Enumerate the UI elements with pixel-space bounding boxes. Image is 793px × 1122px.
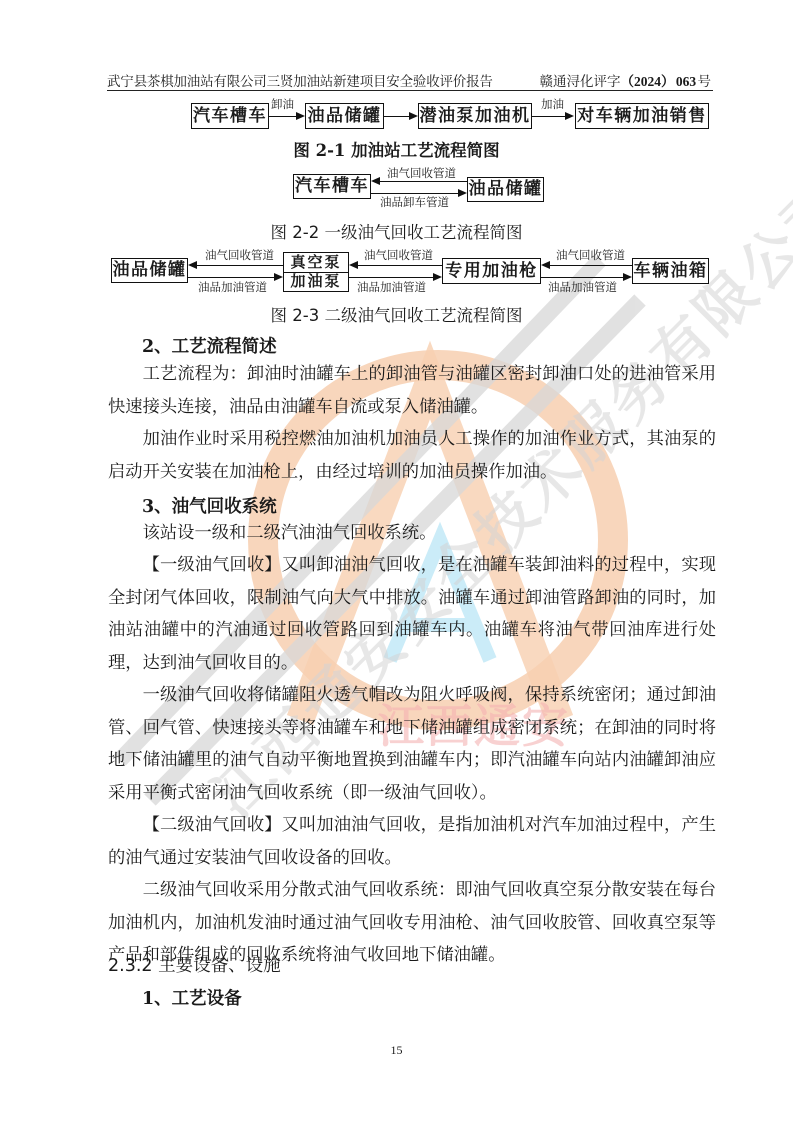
paragraph: 工艺流程为：卸油时油罐车上的卸油管与油罐区密封卸油口处的进油管采用快速接头连接，… bbox=[108, 358, 716, 423]
pipe-label-fuel: 油品加油管道 bbox=[548, 282, 617, 294]
arrow-label-refuel: 加油 bbox=[541, 99, 564, 111]
pipe-label-fuel: 油品加油管道 bbox=[198, 282, 267, 294]
subsection-heading-process-equipment: 1、工艺设备 bbox=[142, 985, 242, 1010]
paragraph: 加油作业时采用税控燃油加油机加油员人工操作的加油作业方式，其油泵的启动开关安装在… bbox=[108, 423, 716, 488]
doc-number-prefix: 赣通浔化评字 bbox=[540, 74, 621, 90]
pipe-label-vapor: 油气回收管道 bbox=[205, 250, 274, 262]
arrow-line bbox=[532, 116, 566, 117]
flow-box-nozzle: 专用加油枪 bbox=[442, 258, 541, 284]
arrow-line bbox=[541, 277, 623, 278]
arrow-left-icon bbox=[349, 261, 358, 269]
header-divider bbox=[107, 90, 713, 91]
pipe-label-vapor: 油气回收管道 bbox=[387, 168, 456, 180]
flow-box-pump-unit: 真空泵 加油泵 bbox=[283, 252, 349, 292]
doc-number-suffix: 063 bbox=[676, 74, 696, 89]
page-number: 15 bbox=[0, 1043, 793, 1058]
section-heading-main-equipment: 2.3.2 主要设备、设施 bbox=[108, 952, 281, 977]
doc-number-year: （2024） bbox=[621, 74, 675, 89]
figure-2-2-caption: 图 2-2 一级油气回收工艺流程简图 bbox=[0, 219, 793, 243]
arrow-right-icon bbox=[274, 273, 283, 281]
arrow-label-unload: 卸油 bbox=[271, 99, 294, 111]
arrow-right-icon bbox=[565, 112, 574, 120]
arrow-right-icon bbox=[458, 189, 467, 197]
flow-box-oil-tank: 油品储罐 bbox=[467, 177, 544, 202]
flow-box-vehicle-sales: 对车辆加油销售 bbox=[575, 103, 709, 129]
arrow-line bbox=[380, 181, 467, 182]
flow-box-oil-tank: 油品储罐 bbox=[305, 103, 384, 129]
arrow-line bbox=[358, 265, 442, 266]
section-heading-process-overview: 2、工艺流程简述 bbox=[142, 333, 277, 358]
pipe-label-unload: 油品卸车管道 bbox=[380, 197, 449, 209]
figure-2-1-caption: 图 2-1 加油站工艺流程简图 bbox=[0, 137, 793, 161]
document-number: 赣通浔化评字（2024） 063 号 bbox=[540, 70, 711, 90]
flow-box-oil-tank: 油品储罐 bbox=[111, 258, 188, 283]
paragraph: 一级油气回收将储罐阻火透气帽改为阻火呼吸阀，保持系统密闭；通过卸油管、回气管、快… bbox=[108, 679, 716, 809]
arrow-left-icon bbox=[541, 261, 550, 269]
report-title: 武宁县茶棋加油站有限公司三贤加油站新建项目安全验收评价报告 bbox=[107, 70, 493, 90]
arrow-left-icon bbox=[188, 261, 197, 269]
figure-2-3-caption: 图 2-3 二级油气回收工艺流程简图 bbox=[0, 302, 793, 326]
arrow-left-icon bbox=[371, 177, 380, 185]
paragraph: 【一级油气回收】又叫卸油油气回收，是在油罐车装卸油料的过程中，实现全封闭气体回收… bbox=[108, 549, 716, 679]
paragraph: 【二级油气回收】又叫加油油气回收，是指加油机对汽车加油过程中，产生的油气通过安装… bbox=[108, 809, 716, 874]
pipe-label-vapor: 油气回收管道 bbox=[364, 250, 433, 262]
flow-box-vehicle-tank: 车辆油箱 bbox=[632, 258, 709, 284]
pipe-label-fuel: 油品加油管道 bbox=[357, 282, 426, 294]
arrow-right-icon bbox=[433, 273, 442, 281]
arrow-line bbox=[197, 265, 283, 266]
flow-box-tanker-truck: 汽车槽车 bbox=[293, 174, 371, 199]
arrow-line bbox=[188, 277, 274, 278]
arrow-line bbox=[371, 193, 458, 194]
arrow-line bbox=[269, 116, 297, 117]
fuel-pump-label: 加油泵 bbox=[284, 272, 348, 292]
arrow-line bbox=[550, 265, 632, 266]
arrow-right-icon bbox=[409, 112, 418, 120]
arrow-right-icon bbox=[296, 112, 305, 120]
arrow-line bbox=[349, 277, 433, 278]
pipe-label-vapor: 油气回收管道 bbox=[556, 250, 625, 262]
doc-number-unit: 号 bbox=[698, 74, 712, 90]
paragraph: 该站设一级和二级汽油油气回收系统。 bbox=[108, 517, 716, 550]
arrow-line bbox=[384, 116, 410, 117]
arrow-right-icon bbox=[623, 273, 632, 281]
flow-box-tanker-truck: 汽车槽车 bbox=[191, 103, 269, 129]
section-heading-vapor-recovery: 3、油气回收系统 bbox=[142, 493, 277, 518]
flow-box-dispenser: 潜油泵加油机 bbox=[418, 103, 532, 129]
vacuum-pump-label: 真空泵 bbox=[284, 253, 348, 272]
